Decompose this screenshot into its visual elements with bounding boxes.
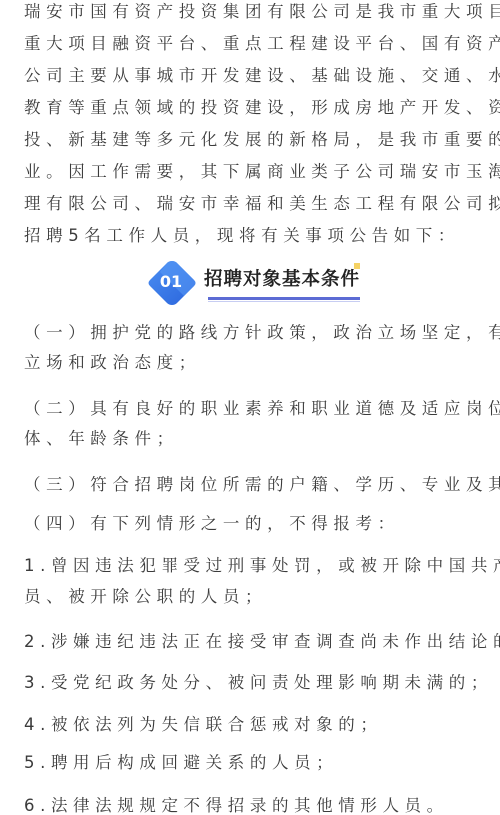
intro-line: 重大项目融资平台、重点工程建设平台、国有资产运营平台， [24,32,500,56]
condition-line: 体、年龄条件； [24,427,179,451]
exclusion-line: 3.受党纪政务处分、被问责处理影响期未满的； [24,671,493,695]
condition-line: （四）有下列情形之一的，不得报考： [24,512,400,536]
intro-line: 业。因工作需要，其下属商业类子公司瑞安市玉海商贸资产管 [24,160,500,184]
exclusion-line: 2.涉嫌违纪违法正在接受审查调查尚未作出结论的； [24,630,500,654]
intro-line: 投、新基建等多元化发展的新格局，是我市重要的龙头国有企 [24,128,500,152]
exclusion-line: 1.曾因违法犯罪受过刑事处罚，或被开除中国共产党党籍的人 [24,554,500,578]
exclusion-line: 员、被开除公职的人员； [24,585,267,609]
exclusion-line: 5.聘用后构成回避关系的人员； [24,751,338,775]
section-number: 01 [144,258,198,306]
intro-line: 教育等重点领域的投资建设，形成房地产开发、资产运营、创 [24,96,500,120]
intro-line: 理有限公司、瑞安市幸福和美生态工程有限公司拟向社会公开 [24,192,500,216]
section-title: 招聘对象基本条件 [204,268,360,292]
title-underline-secondary [208,301,360,302]
exclusion-line: 4.被依法列为失信联合惩戒对象的； [24,713,382,737]
condition-line: （一）拥护党的路线方针政策，政治立场坚定，有正确的政治 [24,321,500,345]
intro-line: 瑞安市国有资产投资集团有限公司是我市重大项目投资平台、 [24,0,500,24]
exclusion-line: 6.法律法规规定不得招录的其他情形人员。 [24,794,449,815]
condition-line: （二）具有良好的职业素养和职业道德及适应岗位要求的身 [24,397,500,421]
accent-dot-decoration [354,263,360,269]
title-underline [208,297,360,300]
condition-line: （三）符合招聘岗位所需的户籍、学历、专业及其它要求。 [24,473,500,497]
section-number-badge: 01 [144,258,200,308]
intro-line: 招聘5名工作人员，现将有关事项公告如下： [24,224,460,248]
condition-line: 立场和政治态度； [24,351,201,375]
intro-line: 公司主要从事城市开发建设、基础设施、交通、水利、文化、 [24,64,500,88]
section-heading: 01 招聘对象基本条件 [140,258,372,308]
